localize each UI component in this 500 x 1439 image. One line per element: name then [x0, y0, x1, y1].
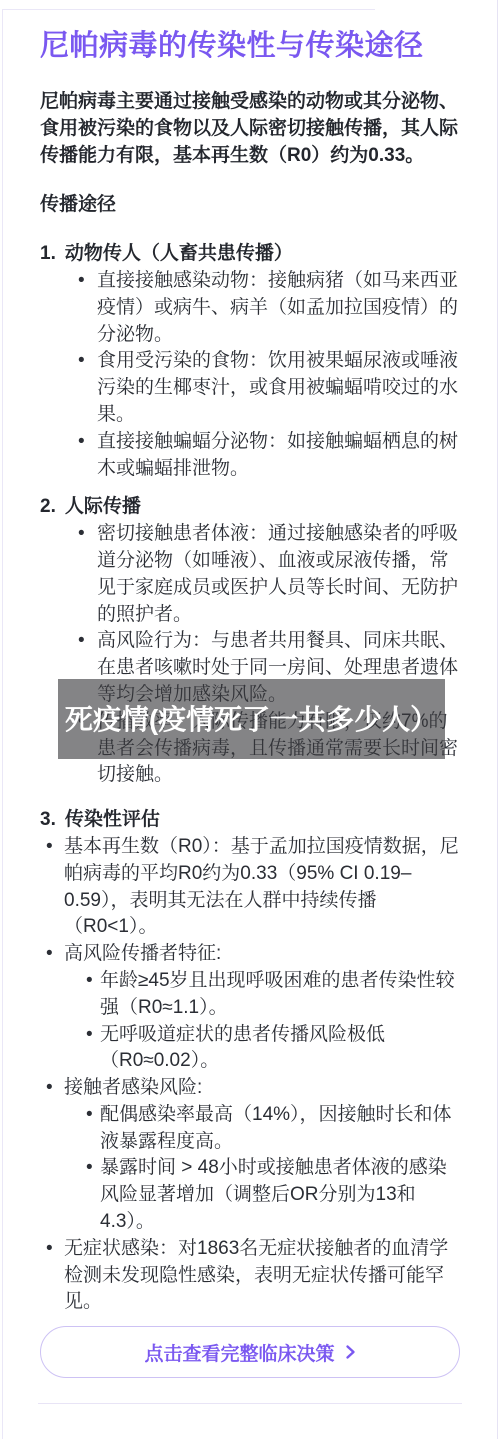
list-item-text: 基本再生数（R0）：基于孟加拉国疫情数据，尼帕病毒的平均R0约为0.33（95%… [64, 836, 459, 937]
routes-heading: 传播途径 [40, 192, 460, 219]
section-title: 动物传人（人畜共患传播） [65, 241, 293, 268]
list-item: 接触者感染风险: 配偶感染率最高（14%），因接触时长和体液暴露程度高。 暴露时… [40, 1075, 460, 1236]
page-title: 尼帕病毒的传染性与传染途径 [40, 30, 460, 62]
list-item: 无症状感染：对1863名无症状接触者的血清学检测未发现隐性感染，表明无症状传播可… [40, 1236, 460, 1316]
section-heading: 1. 动物传人（人畜共患传播） [40, 241, 460, 268]
list-item-text: 无呼吸道症状的患者传播风险极低（R0≈0.02）。 [100, 1024, 385, 1072]
list-item-text: 直接接触感染动物：接触病猪（如马来西亚疫情）或病牛、病羊（如孟加拉国疫情）的分泌… [97, 270, 458, 345]
list-item-text: 密切接触患者体液：通过接触感染者的呼吸道分泌物（如唾液）、血液或尿液传播，常见于… [97, 523, 458, 624]
section-title: 人际传播 [65, 494, 141, 521]
list-item-text: 年龄≥45岁且出现呼吸困难的患者传染性较强（R0≈1.1）。 [100, 970, 455, 1018]
list-item: 密切接触患者体液：通过接触感染者的呼吸道分泌物（如唾液）、血液或尿液传播，常见于… [40, 521, 460, 628]
list-item-text: 接触者感染风险: [64, 1077, 202, 1098]
list-item-text: 配偶感染率最高（14%），因接触时长和体液暴露程度高。 [100, 1104, 452, 1152]
list-item: 暴露时间 > 48小时或接触患者体液的感染风险显著增加（调整后OR分别为13和4… [64, 1155, 460, 1235]
section-number: 1. [40, 241, 56, 268]
list-item: 基本再生数（R0）：基于孟加拉国疫情数据，尼帕病毒的平均R0约为0.33（95%… [40, 834, 460, 941]
intro-paragraph: 尼帕病毒主要通过接触受感染的动物或其分泌物、食用被污染的食物以及人际密切接触传播… [40, 89, 460, 169]
list-item: 直接接触蝙蝠分泌物：如接触蝙蝠栖息的树木或蝙蝠排泄物。 [40, 429, 460, 483]
section-animal-to-human: 1. 动物传人（人畜共患传播） 直接接触感染动物：接触病猪（如马来西亚疫情）或病… [40, 241, 460, 482]
section-heading: 2. 人际传播 [40, 494, 460, 521]
view-full-clinical-decision-button[interactable]: 点击查看完整临床决策 [40, 1326, 460, 1378]
watermark-text: 死疫情(疫情死了一共多少人） [58, 701, 445, 738]
list-item: 无呼吸道症状的患者传播风险极低（R0≈0.02）。 [64, 1022, 460, 1076]
section-infectivity-assessment: 3. 传染性评估 基本再生数（R0）：基于孟加拉国疫情数据，尼帕病毒的平均R0约… [40, 807, 460, 1316]
bullet-list: 基本再生数（R0）：基于孟加拉国疫情数据，尼帕病毒的平均R0约为0.33（95%… [40, 834, 460, 1316]
watermark-overlay: 死疫情(疫情死了一共多少人） [58, 679, 445, 759]
section-number: 3. [40, 807, 56, 834]
list-item: 直接接触感染动物：接触病猪（如马来西亚疫情）或病牛、病羊（如孟加拉国疫情）的分泌… [40, 268, 460, 348]
list-item: 食用受污染的食物：饮用被果蝠尿液或唾液污染的生椰枣汁，或食用被蝙蝠啃咬过的水果。 [40, 348, 460, 428]
section-number: 2. [40, 494, 56, 521]
sub-bullet-list: 年龄≥45岁且出现呼吸困难的患者传染性较强（R0≈1.1）。 无呼吸道症状的患者… [64, 968, 460, 1075]
sub-bullet-list: 配偶感染率最高（14%），因接触时长和体液暴露程度高。 暴露时间 > 48小时或… [64, 1102, 460, 1236]
list-item-text: 食用受污染的食物：饮用被果蝠尿液或唾液污染的生椰枣汁，或食用被蝙蝠啃咬过的水果。 [97, 350, 458, 425]
section-heading: 3. 传染性评估 [40, 807, 460, 834]
button-label: 点击查看完整临床决策 [144, 1339, 334, 1366]
list-item: 配偶感染率最高（14%），因接触时长和体液暴露程度高。 [64, 1102, 460, 1156]
list-item: 高风险传播者特征: 年龄≥45岁且出现呼吸困难的患者传染性较强（R0≈1.1）。… [40, 941, 460, 1075]
list-item-text: 无症状感染：对1863名无症状接触者的血清学检测未发现隐性感染，表明无症状传播可… [64, 1238, 448, 1313]
bottom-divider [38, 1403, 462, 1404]
list-item-text: 直接接触蝙蝠分泌物：如接触蝙蝠栖息的树木或蝙蝠排泄物。 [97, 431, 458, 479]
bullet-list: 直接接触感染动物：接触病猪（如马来西亚疫情）或病牛、病羊（如孟加拉国疫情）的分泌… [40, 268, 460, 482]
chevron-right-icon [345, 1344, 356, 1360]
list-item-text: 暴露时间 > 48小时或接触患者体液的感染风险显著增加（调整后OR分别为13和4… [100, 1157, 447, 1232]
section-title: 传染性评估 [65, 807, 160, 834]
list-item-text: 高风险传播者特征: [64, 943, 221, 964]
list-item: 年龄≥45岁且出现呼吸困难的患者传染性较强（R0≈1.1）。 [64, 968, 460, 1022]
